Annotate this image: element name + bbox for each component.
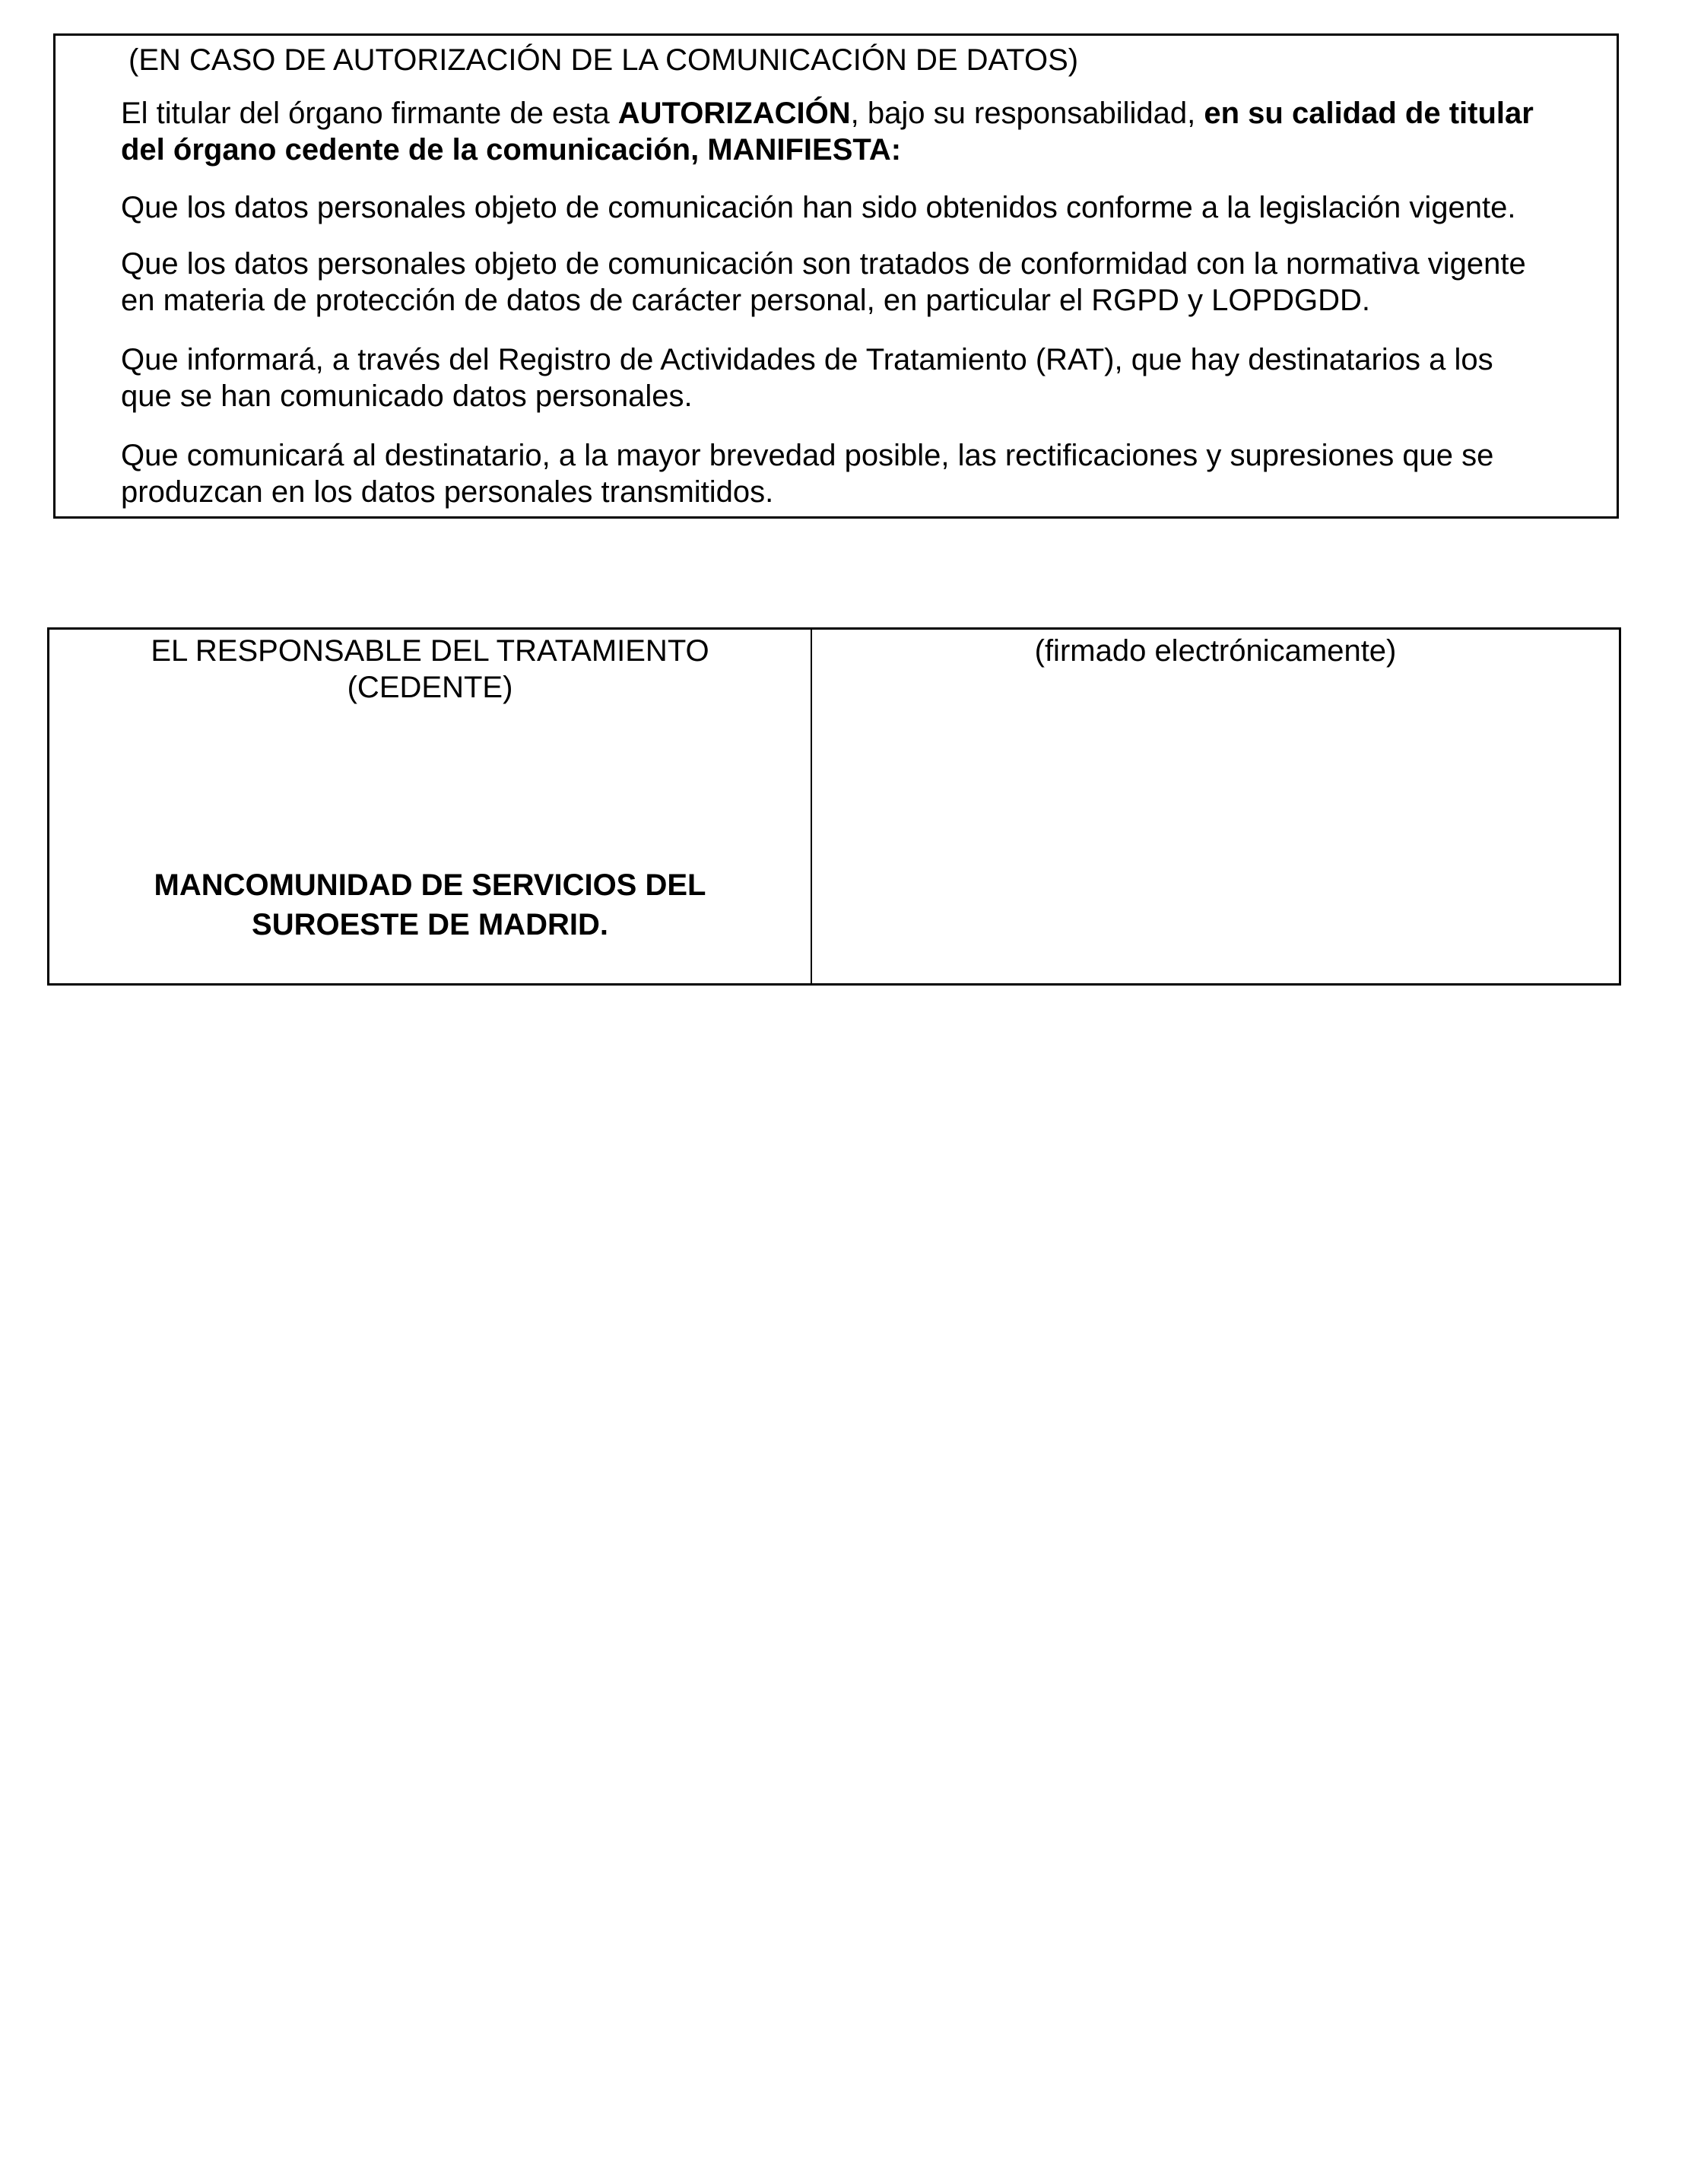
signature-organization: MANCOMUNIDAD DE SERVICIOS DEL SUROESTE D… xyxy=(49,865,811,944)
paragraph-line: Que comunicará al destinatario, a la may… xyxy=(121,437,1626,474)
declaration-paragraph: Que informará, a través del Registro de … xyxy=(121,341,1626,414)
intro-bold-calidad: en su calidad de titular xyxy=(1204,97,1533,130)
paragraph-line: Que informará, a través del Registro de … xyxy=(121,341,1626,378)
declaration-intro: El titular del órgano firmante de esta A… xyxy=(121,95,1626,168)
signature-cell-signed: (firmado electrónicamente) xyxy=(812,630,1619,983)
organization-line: MANCOMUNIDAD DE SERVICIOS DEL xyxy=(49,865,811,905)
role-line: EL RESPONSABLE DEL TRATAMIENTO xyxy=(49,633,811,669)
paragraph-line: que se han comunicado datos personales. xyxy=(121,378,1626,414)
signature-table: EL RESPONSABLE DEL TRATAMIENTO (CEDENTE)… xyxy=(47,627,1621,986)
declaration-heading: (EN CASO DE AUTORIZACIÓN DE LA COMUNICAC… xyxy=(129,42,1078,78)
declaration-paragraph: Que los datos personales objeto de comun… xyxy=(121,246,1626,319)
intro-line-2: del órgano cedente de la comunicación, M… xyxy=(121,132,1626,168)
intro-text: El titular del órgano firmante de esta xyxy=(121,97,618,130)
paragraph-line: en materia de protección de datos de car… xyxy=(121,282,1626,319)
signature-cell-responsible: EL RESPONSABLE DEL TRATAMIENTO (CEDENTE)… xyxy=(49,630,811,983)
paragraph-line: produzcan en los datos personales transm… xyxy=(121,474,1626,510)
role-line: (CEDENTE) xyxy=(49,669,811,706)
organization-line: SUROESTE DE MADRID. xyxy=(49,905,811,944)
intro-line-1: El titular del órgano firmante de esta A… xyxy=(121,95,1626,132)
paragraph-line: Que los datos personales objeto de comun… xyxy=(121,189,1626,226)
declaration-paragraph: Que comunicará al destinatario, a la may… xyxy=(121,437,1626,510)
signature-role: EL RESPONSABLE DEL TRATAMIENTO (CEDENTE) xyxy=(49,633,811,706)
declaration-box: (EN CASO DE AUTORIZACIÓN DE LA COMUNICAC… xyxy=(53,33,1619,519)
electronic-signature-note: (firmado electrónicamente) xyxy=(812,633,1619,669)
paragraph-line: Que los datos personales objeto de comun… xyxy=(121,246,1626,282)
intro-bold-autorizacion: AUTORIZACIÓN xyxy=(618,97,851,130)
declaration-paragraph: Que los datos personales objeto de comun… xyxy=(121,189,1626,226)
intro-text: , bajo su responsabilidad, xyxy=(851,97,1204,130)
